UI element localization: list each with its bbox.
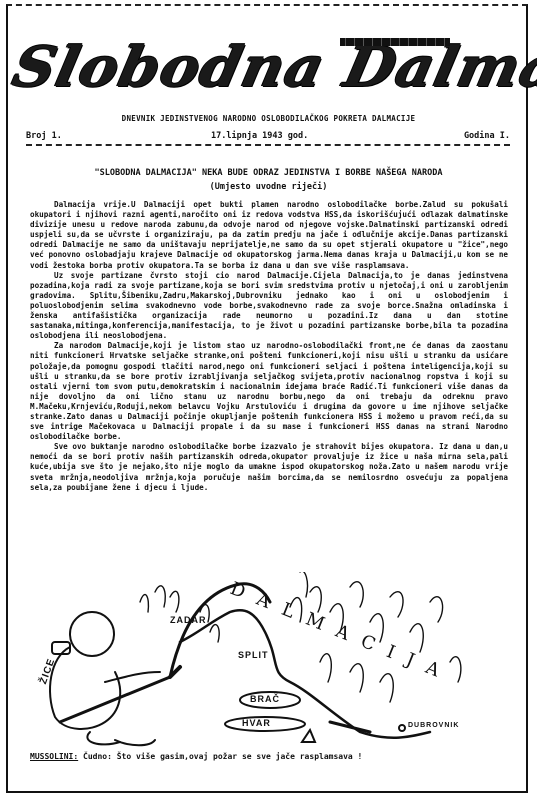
cartoon-caption: MUSSOLINI: Čudno: Što više gasim,ovaj po… <box>30 752 500 761</box>
stamp-mark <box>340 38 450 46</box>
issue-number: Broj 1. <box>26 131 62 141</box>
article-paragraph: Sve ovo buktanje narodno oslobodilačke b… <box>30 442 508 492</box>
dateline-divider <box>26 144 510 148</box>
political-cartoon: ZADAR SPLIT BRAČ HVAR DUBROVNIK DALMACIJ… <box>30 572 500 750</box>
label-hvar: HVAR <box>242 718 271 728</box>
article-paragraph: Uz svoje partizane čvrsto stoji cio naro… <box>30 271 508 342</box>
issue-year: Godina I. <box>464 131 510 141</box>
label-brac: BRAČ <box>250 694 280 704</box>
label-zadar: ZADAR <box>170 615 207 625</box>
masthead: Slobodna Dalmacija <box>14 30 510 110</box>
article-body: Dalmacija vrije.U Dalmaciji opet bukti p… <box>30 200 508 493</box>
caption-text: Čudno: Što više gasim,ovaj požar se sve … <box>83 752 362 761</box>
figure-body <box>50 647 120 729</box>
figure-head <box>70 612 114 656</box>
label-split: SPLIT <box>238 650 269 660</box>
issue-date: 17.lipnja 1943 god. <box>211 131 308 141</box>
label-dubrovnik: DUBROVNIK <box>408 722 459 729</box>
article-headline: "SLOBODNA DALMACIJA" NEKA BUDE ODRAZ JED… <box>0 168 537 178</box>
dateline: Broj 1. 17.lipnja 1943 god. Godina I. <box>26 131 510 145</box>
article-paragraph: Za narodom Dalmacije,koji je listom stao… <box>30 341 508 442</box>
caption-speaker: MUSSOLINI: <box>30 752 78 761</box>
article-subhead: (Umjesto uvodne riječi) <box>0 182 537 192</box>
masthead-subtitle: DNEVNIK JEDINSTVENOG NARODNO OSLOBODILAČ… <box>0 114 537 123</box>
article-paragraph: Dalmacija vrije.U Dalmaciji opet bukti p… <box>30 200 508 271</box>
